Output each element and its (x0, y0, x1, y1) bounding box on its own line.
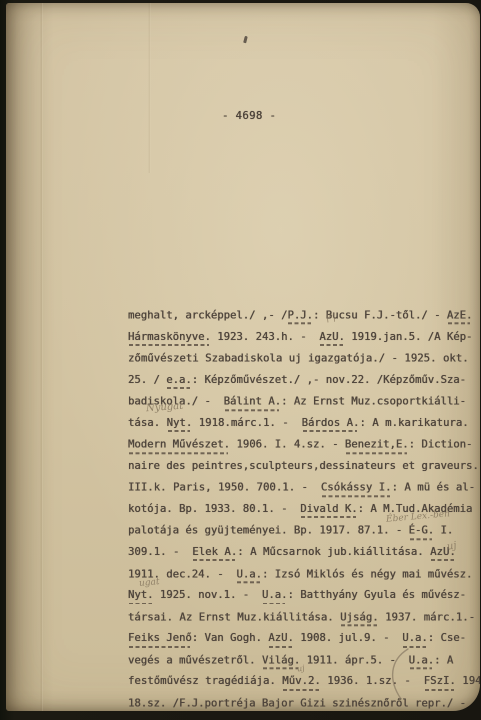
text-segment: 309.1. - (128, 542, 192, 564)
underlined-citation-token: e.a. (166, 370, 192, 392)
typewritten-line: Hármaskönyve. 1923. 243.h. - AzU. 1919.j… (128, 327, 480, 349)
underlined-citation-token: Világ. (262, 650, 300, 672)
underlined-citation-token: AzU. (268, 628, 294, 650)
text-segment: 1937. márc.1.- (379, 607, 475, 629)
typewritten-line: naire des peintres,sculpteurs,dessinateu… (128, 456, 480, 478)
handwritten-annotation: uj (446, 540, 457, 552)
text-segment: I. (434, 521, 453, 543)
text-segment: vegés a művészetről. (128, 650, 262, 672)
text-segment: : A Műcsarnok jub.kiállitása. (237, 542, 430, 564)
underlined-citation-token: Nyt. (167, 413, 193, 435)
text-segment: meghalt, arcképpel./ ,- / (128, 305, 287, 327)
ink-speck (243, 36, 248, 44)
typewritten-line: Modern Művészet. 1906. I. 4.sz. - Benezi… (128, 435, 480, 457)
typewritten-line: társai. Az Ernst Muz.kiállitása. Ujság. … (128, 607, 480, 629)
handwritten-annotation: uj (296, 664, 305, 674)
text-segment: 1943. (456, 671, 480, 693)
underlined-citation-token: U.a. (236, 564, 262, 586)
text-segment: : A mü és al- (392, 478, 476, 500)
text-segment: : Az Ernst Muz.csoportkiálli- (281, 391, 466, 413)
underlined-citation-token: Csókássy I. (321, 478, 392, 500)
underlined-citation-token: Modern Művészet. (128, 435, 230, 457)
underlined-citation-token: Ujság. (340, 607, 379, 629)
text-segment: 25. / (128, 370, 166, 392)
typewritten-line: III.k. Paris, 1950. 700.1. - Csókássy I.… (128, 478, 480, 500)
paper-crease (40, 3, 43, 711)
typewritten-line: 1911. dec.24. - U.a.: Izsó Miklós és nég… (128, 564, 480, 586)
text-segment: 1925. nov.1. - (154, 585, 262, 607)
typewritten-line: palotája és gyüjteményei. Bp. 1917. 87.1… (128, 521, 480, 543)
underlined-citation-token: AzU. (319, 327, 345, 349)
underlined-citation-token: Bálint A. (224, 391, 281, 413)
text-segment: zőművészeti Szabadiskola uj igazgatója./… (128, 348, 469, 370)
typewritten-line: 18.sz. /F.J.portréja Bajor Gizi szinészn… (128, 693, 480, 711)
scanned-document-page: - 4698 - meghalt, arcképpel./ ,- /P.J.: … (0, 0, 481, 720)
typewritten-line: zőművészeti Szabadiskola uj igazgatója./… (128, 348, 480, 370)
pencil-curve-mark (384, 646, 416, 702)
typewritten-line: Nyt. 1925. nov.1. - U.a.: Batthyány Gyul… (128, 585, 480, 607)
text-segment: társai. Az Ernst Muz.kiállitása. (128, 607, 340, 629)
underlined-citation-token: Elek A. (192, 542, 237, 564)
typewritten-line: tása. Nyt. 1918.márc.1. - Bárdos A.: A m… (128, 413, 480, 435)
text-segment: : Cse- (428, 628, 466, 650)
handwritten-annotation: ugat (139, 577, 160, 589)
typewritten-line: 25. / e.a.: Képzőművészet./ ,- nov.22. /… (128, 370, 480, 392)
underlined-citation-token: Bárdos A. (302, 413, 360, 435)
text-segment: 1919.jan.5. /A Kép- (345, 327, 473, 349)
text-segment: tása. (128, 413, 167, 435)
paper-sheet: - 4698 - meghalt, arcképpel./ ,- /P.J.: … (6, 3, 480, 711)
underlined-citation-token: AzE. (447, 305, 473, 327)
text-segment: : Batthyány Gyula és művész- (287, 585, 466, 607)
text-segment: naire des peintres,sculpteurs,dessinateu… (128, 456, 479, 478)
underlined-citation-token: FSzI. (424, 671, 456, 693)
handwritten-annotation: |ᵖ| (326, 313, 337, 324)
text-segment: palotája és gyüjteményei. Bp. 1917. 87.1… (128, 521, 409, 543)
text-segment: : A (434, 650, 453, 672)
page-number: - 4698 - (222, 110, 276, 122)
typewritten-text-block: meghalt, arcképpel./ ,- /P.J.: Bucsu F.J… (128, 305, 480, 711)
text-segment: : Képzőművészet./ ,- nov.22. /Képzőműv.S… (192, 370, 466, 392)
text-segment: 1906. I. 4.sz. - (230, 435, 345, 457)
underlined-citation-token: É-G. (409, 521, 435, 543)
typewritten-line: meghalt, arcképpel./ ,- /P.J.: Bucsu F.J… (128, 305, 480, 327)
underlined-citation-token: P.J. (287, 305, 313, 327)
text-segment: III.k. Paris, 1950. 700.1. - (128, 478, 321, 500)
underlined-citation-token: Műv.2. (282, 671, 321, 693)
text-segment: : Diction- (409, 435, 473, 457)
typewritten-line: Feiks Jenő: Van Gogh. AzU. 1908. jul.9. … (128, 628, 480, 650)
underlined-citation-token: Feiks Jenő (128, 628, 192, 650)
typewritten-line: 309.1. - Elek A.: A Műcsarnok jub.kiálli… (128, 542, 480, 564)
text-segment: 1918.márc.1. - (192, 413, 301, 435)
text-segment: : Van Gogh. (192, 628, 269, 650)
text-segment: kotója. Bp. 1933. 80.1. - (128, 499, 300, 521)
text-segment: : A m.karikatura. (359, 413, 468, 435)
underlined-citation-token: U.a. (262, 585, 288, 607)
text-segment: 1923. 243.h. - (211, 327, 319, 349)
underlined-citation-token: Benezit,E. (345, 435, 409, 457)
underlined-citation-token: Divald K. (300, 499, 357, 521)
underlined-citation-token: Hármaskönyve. (128, 327, 211, 349)
text-segment: festőművész tragédiája. (128, 671, 282, 693)
typewritten-line: festőművész tragédiája. Műv.2. 1936. 1.s… (128, 671, 480, 693)
paper-crease (148, 3, 151, 173)
text-segment: : Izsó Miklós és négy mai művész. (262, 564, 472, 586)
